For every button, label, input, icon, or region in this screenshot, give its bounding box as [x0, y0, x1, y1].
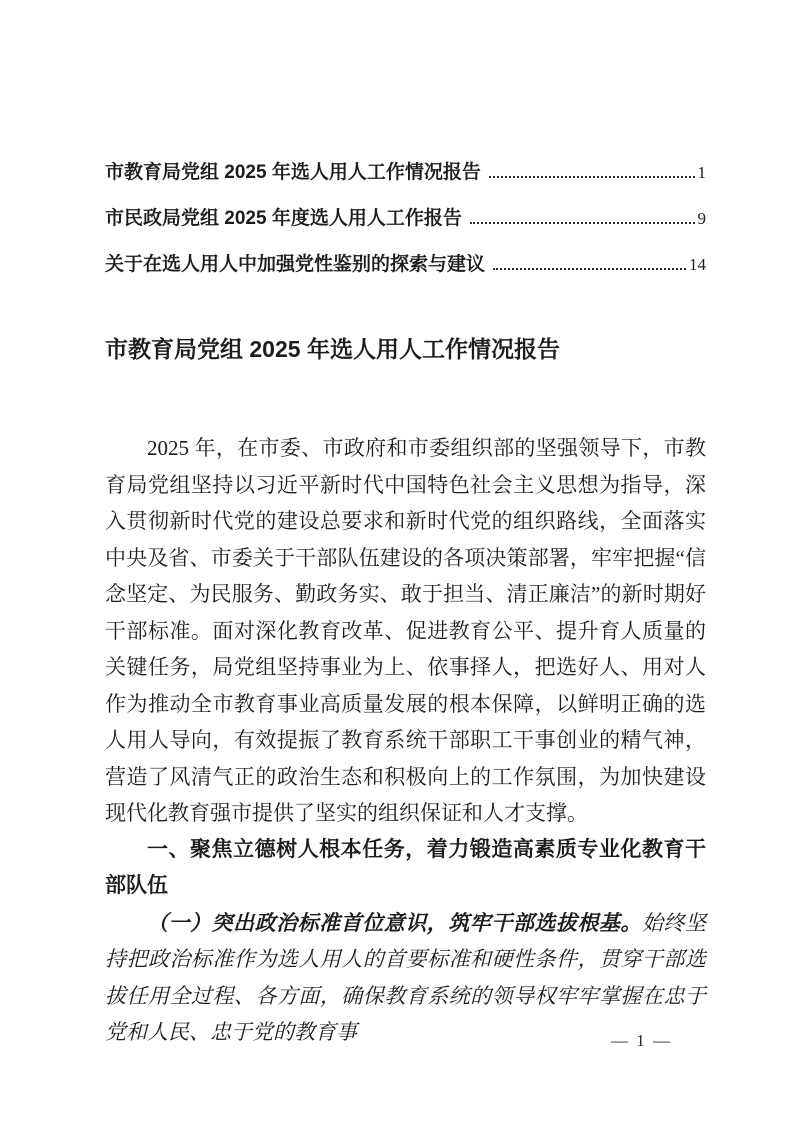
document-page: { "toc": { "items": [ { "title": "市教育局党组…: [0, 0, 793, 1122]
toc-entry-page-number: 1: [698, 150, 707, 196]
toc-dot-leader: [493, 268, 686, 270]
footer-page-number: — 1 —: [611, 1030, 672, 1052]
subsection-paragraph-1: （一）突出政治标准首位意识，筑牢干部选拔根基。始终坚持把政治标准作为选人用人的首…: [105, 905, 706, 1051]
toc-dot-leader: [470, 222, 695, 224]
toc-entry[interactable]: 市民政局党组 2025 年度选人用人工作报告 9: [105, 196, 706, 242]
toc-entry[interactable]: 市教育局党组 2025 年选人用人工作情况报告 1: [105, 150, 706, 196]
toc-entry-page-number: 14: [689, 242, 706, 288]
document-body: 2025 年，在市委、市政府和市委组织部的坚强领导下，市教育局党组坚持以习近平新…: [105, 430, 706, 1051]
subsection-lead: （一）突出政治标准首位意识，筑牢干部选拔根基。: [147, 911, 642, 935]
toc-entry[interactable]: 关于在选人用人中加强党性鉴别的探索与建议 14: [105, 242, 706, 288]
section-heading-1: 一、聚焦立德树人根本任务，着力锻造高素质专业化教育干部队伍: [105, 832, 706, 905]
document-title: 市教育局党组 2025 年选人用人工作情况报告: [105, 334, 706, 364]
toc-entry-title: 市教育局党组 2025 年选人用人工作情况报告: [105, 150, 481, 196]
toc-entry-page-number: 9: [698, 196, 707, 242]
toc-entry-title: 市民政局党组 2025 年度选人用人工作报告: [105, 196, 462, 242]
intro-paragraph: 2025 年，在市委、市政府和市委组织部的坚强领导下，市教育局党组坚持以习近平新…: [105, 430, 706, 832]
toc-dot-leader: [489, 176, 695, 178]
table-of-contents: 市教育局党组 2025 年选人用人工作情况报告 1 市民政局党组 2025 年度…: [105, 0, 706, 288]
page-content: 市教育局党组 2025 年选人用人工作情况报告 1 市民政局党组 2025 年度…: [105, 0, 706, 1051]
toc-entry-title: 关于在选人用人中加强党性鉴别的探索与建议: [105, 242, 485, 288]
